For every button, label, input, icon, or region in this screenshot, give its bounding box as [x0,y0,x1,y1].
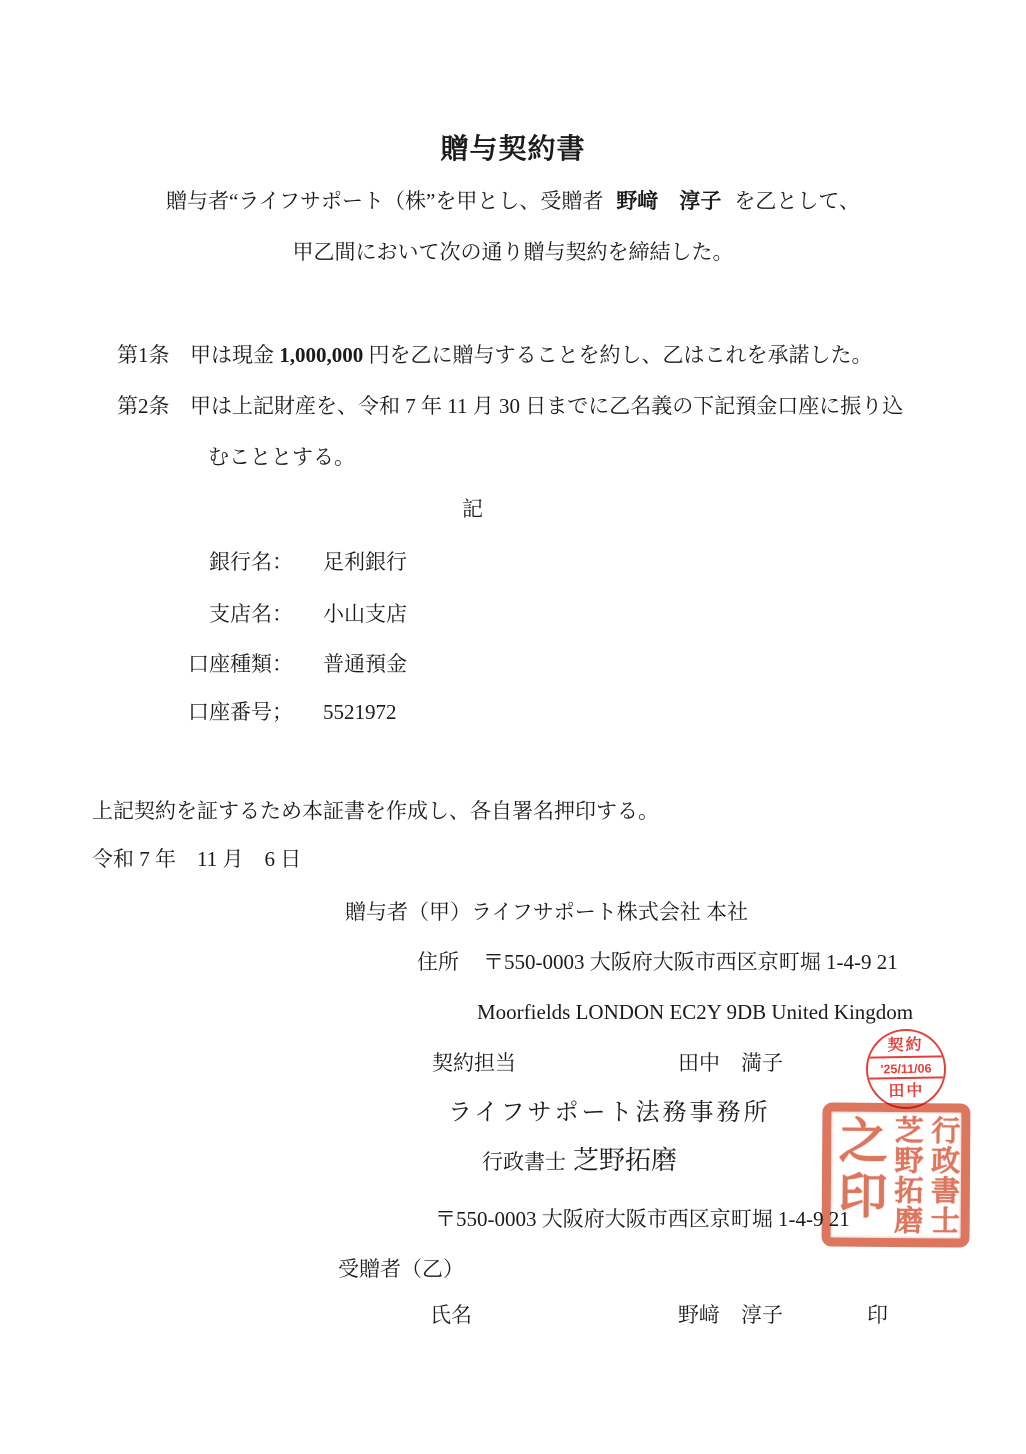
office-address: 〒550-0003 大阪府大阪市西区京町堀 1-4-9 21 [435,1207,850,1231]
contact-name: 田中 満子 [678,1051,783,1075]
clause-1-text: 甲は現金 1,000,000 円を乙に贈与することを約し、乙はこれを承諾した。 [190,343,873,367]
account-type-label: 口座種類： [90,652,293,676]
branch-name-label: 支店名： [90,602,293,626]
contact-label: 契約担当 [432,1051,516,1075]
date-stamp-top-text: 契約 [867,1030,943,1056]
account-number-label: 口座番号； [90,700,293,724]
donor-address-line: 住所〒550-0003 大阪府大阪市西区京町堀 1-4-9 21 [417,950,898,974]
clause-2-text-line1: 甲は上記財産を、令和 7 年 11 月 30 日までに乙名義の下記預金口座に振り… [190,394,903,418]
clause-2-text-line2: むこととする。 [208,445,355,469]
gift-contract-document: 贈与契約書 贈与者“ライフサポート（株”を甲とし、受贈者野﨑 淳子を乙として、 … [0,0,1026,1454]
seal-stamp: 行政書士 芝野拓磨 之印 [821,1102,970,1247]
donee-heading: 受贈者（乙） [338,1257,464,1281]
scrivener-name: 芝野拓磨 [573,1146,677,1176]
date-stamp: 契約 '25/11/06 田中 [865,1028,946,1109]
account-type-value: 普通預金 [323,652,407,676]
donor-address-jp: 〒550-0003 大阪府大阪市西区京町堀 1-4-9 21 [483,950,898,974]
address-label: 住所 [417,950,459,974]
clause-2-number: 第2条 [117,394,170,418]
donee-name: 野﨑 淳子 [678,1303,783,1327]
bank-name-value: 足利銀行 [323,550,407,574]
legal-office-name: ライフサポート法務事務所 [448,1100,771,1128]
page-title: 贈与契約書 [0,134,1026,166]
seal-column-2: 芝野拓磨 [891,1115,921,1235]
donor-heading: 贈与者（甲）ライフサポート株式会社 本社 [345,900,748,924]
clause-1-post: 円を乙に贈与することを約し、乙はこれを承諾した。 [363,343,872,367]
seal-column-1: 行政書士 [928,1115,958,1235]
clause-1-pre: 甲は現金 [190,343,279,367]
gift-amount: 1,000,000 [279,343,363,367]
date-stamp-date-text: '25/11/06 [868,1055,944,1079]
contract-date: 令和 7 年 11 月 6 日 [92,847,301,871]
bank-section-heading: 記 [462,497,483,521]
intro-line-2: 甲乙間において次の通り贈与契約を締結した。 [0,240,1026,264]
intro-line-1-post: を乙として、 [734,189,860,213]
seal-column-3: 之印 [835,1115,885,1235]
bank-name-label: 銀行名： [90,550,293,574]
donor-address-en: Moorfields LONDON EC2Y 9DB United Kingdo… [477,1000,913,1024]
clause-1-number: 第1条 [117,343,170,367]
donee-name-inline: 野﨑 淳子 [616,189,721,213]
scrivener-title: 行政書士 [482,1150,566,1174]
intro-line-1-pre: 贈与者“ライフサポート（株”を甲とし、受贈者 [166,189,603,213]
intro-line-1: 贈与者“ライフサポート（株”を甲とし、受贈者野﨑 淳子を乙として、 [0,189,1026,213]
scrivener-line: 行政書士 芝野拓磨 [482,1146,677,1176]
account-number-value: 5521972 [323,700,397,724]
donee-name-label: 氏名 [430,1303,472,1327]
seal-placeholder-mark: 印 [867,1303,888,1327]
branch-name-value: 小山支店 [323,602,407,626]
attestation-sentence: 上記契約を証するため本証書を作成し、各自署名押印する。 [92,799,659,823]
